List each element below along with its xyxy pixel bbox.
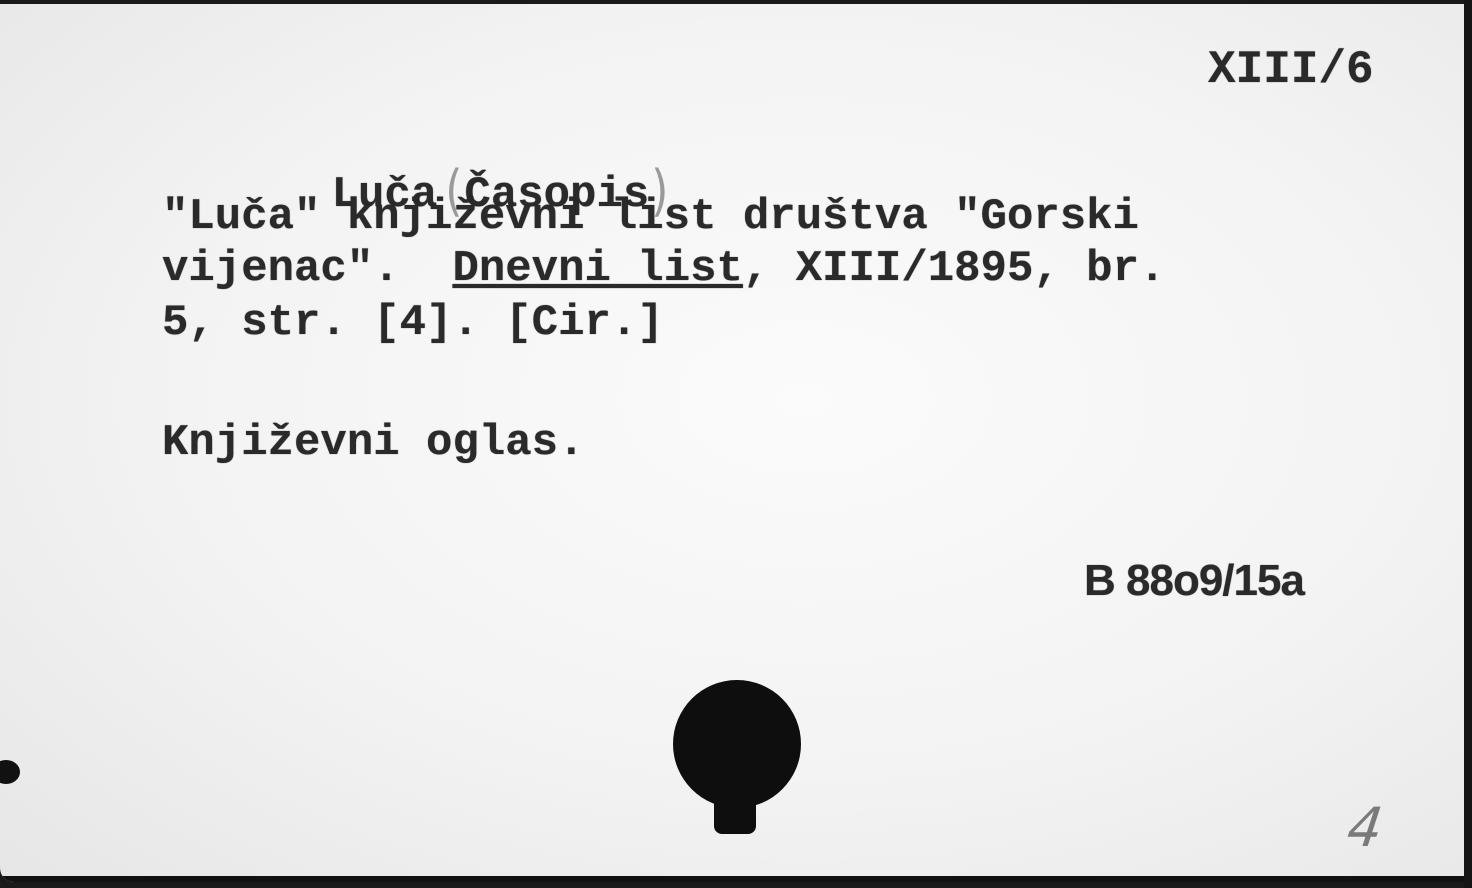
note: Književni oglas. bbox=[162, 418, 584, 468]
edge-mark bbox=[0, 760, 20, 784]
description-line-3: 5, str. [4]. [Cir.] bbox=[162, 298, 664, 348]
right-edge bbox=[1464, 0, 1472, 888]
punch-hole-icon bbox=[673, 680, 801, 808]
shelfmark: XIII/6 bbox=[1208, 44, 1374, 96]
description-line-1: "Luča" književni list društva "Gorski bbox=[162, 192, 1139, 242]
handwritten-mark: 4 bbox=[1338, 796, 1393, 859]
description-line-2: vijenac". Dnevni list, XIII/1895, br. bbox=[162, 244, 1165, 294]
bottom-edge bbox=[0, 876, 1464, 882]
source-title: Dnevni list bbox=[452, 244, 742, 294]
catalog-card: XIII/6 Luča(Časopis) "Luča" književni li… bbox=[0, 4, 1464, 882]
description-line-2-prefix: vijenac". bbox=[162, 244, 452, 294]
punch-hole-slot bbox=[714, 794, 756, 834]
description-line-2-suffix: , XIII/1895, br. bbox=[743, 244, 1165, 294]
call-number: B 88o9/15a bbox=[1084, 556, 1304, 606]
